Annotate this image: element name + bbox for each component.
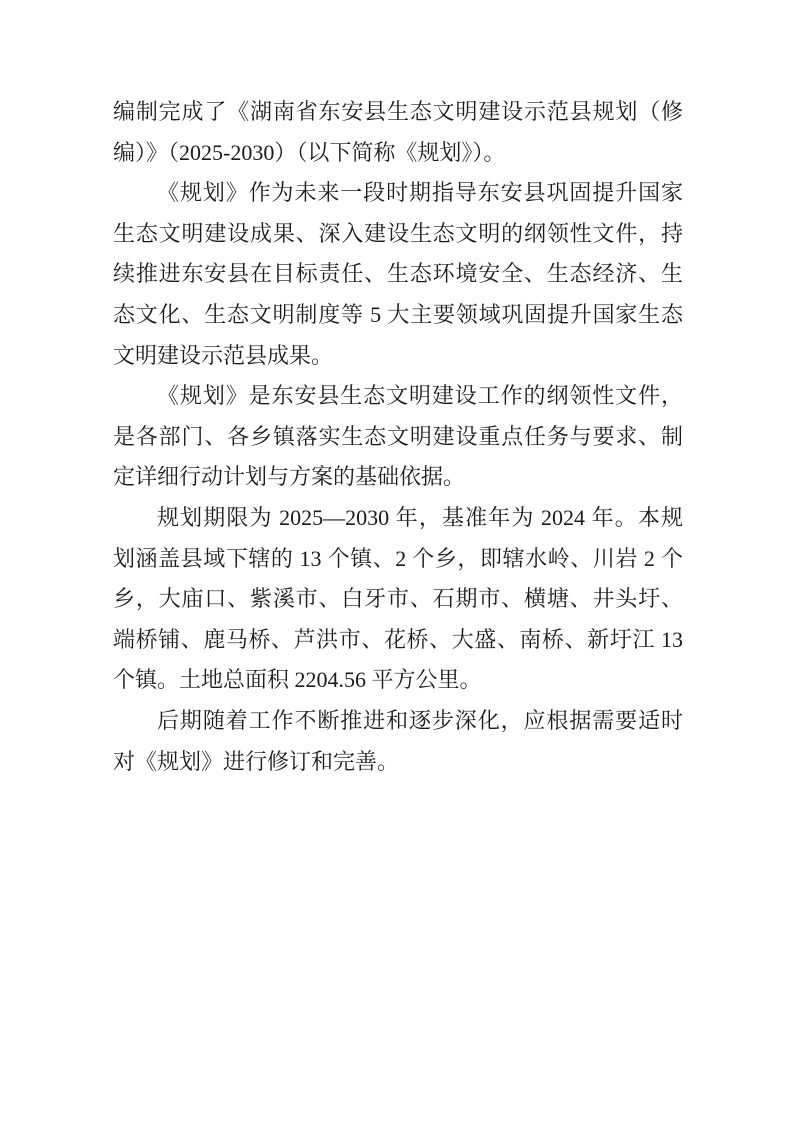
paragraph: 后期随着工作不断推进和逐步深化，应根据需要适时对《规划》进行修订和完善。 xyxy=(113,701,683,782)
paragraph: 《规划》是东安县生态文明建设工作的纲领性文件，是各部门、各乡镇落实生态文明建设重… xyxy=(113,376,683,498)
paragraph: 规划期限为 2025—2030 年，基准年为 2024 年。本规划涵盖县域下辖的… xyxy=(113,498,683,701)
paragraph: 编制完成了《湖南省东安县生态文明建设示范县规划（修编）》（2025-2030）（… xyxy=(113,92,683,173)
paragraph: 《规划》作为未来一段时期指导东安县巩固提升国家生态文明建设成果、深入建设生态文明… xyxy=(113,173,683,376)
document-body: 编制完成了《湖南省东安县生态文明建设示范县规划（修编）》（2025-2030）（… xyxy=(113,92,683,782)
document-page: 编制完成了《湖南省东安县生态文明建设示范县规划（修编）》（2025-2030）（… xyxy=(0,0,793,1122)
